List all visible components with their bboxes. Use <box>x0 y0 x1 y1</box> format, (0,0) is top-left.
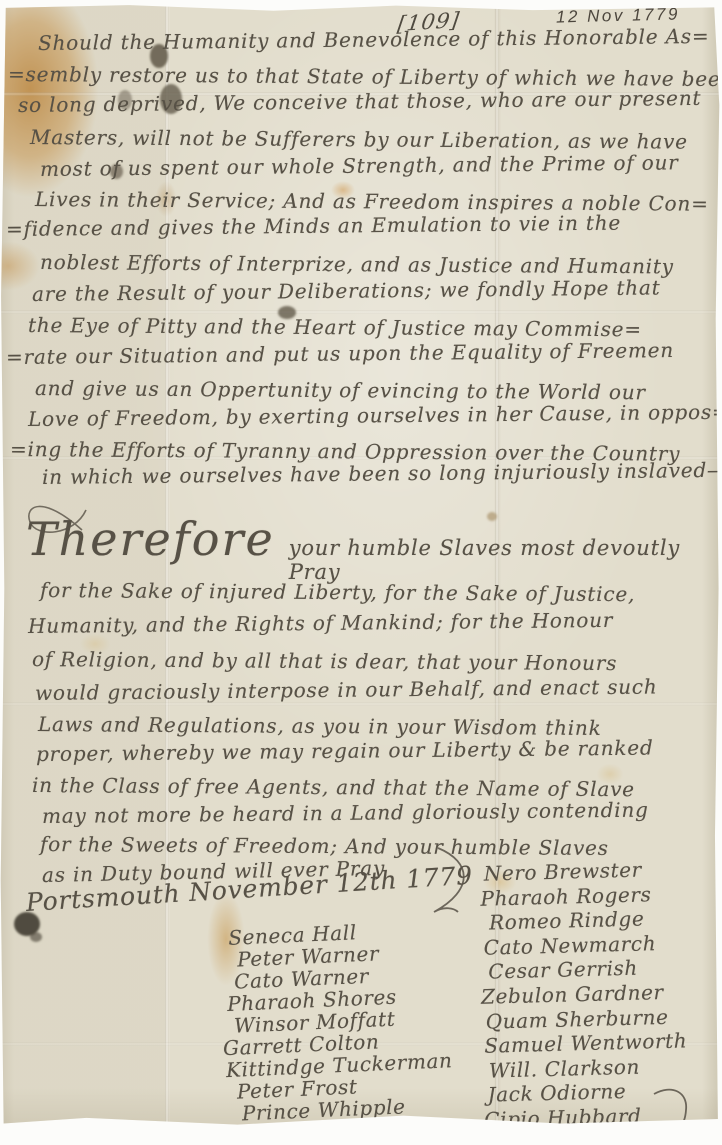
manuscript-line: of Religion, and by all that is dear, th… <box>32 647 617 675</box>
manuscript-page: [109] 12 Nov 1779 Should the Humanity an… <box>0 4 720 1128</box>
manuscript-line: are the Result of your Deliberations; we… <box>32 275 661 306</box>
manuscript-line: in which we ourselves have been so long … <box>42 458 722 489</box>
therefore-line-rest: your humble Slaves most devoutly Pray <box>289 536 720 584</box>
manuscript-line: Love of Freedom, by exerting ourselves i… <box>28 400 722 431</box>
manuscript-line: Laws and Regulations, as you in your Wis… <box>38 712 602 740</box>
manuscript-line: the Eye of Pitty and the Heart of Justic… <box>28 313 642 341</box>
manuscript-line: Humanity, and the Rights of Mankind; for… <box>28 608 613 638</box>
manuscript-line: =rate our Situation and put us upon the … <box>6 338 674 369</box>
manuscript-line: would graciously interpose in our Behalf… <box>35 674 658 705</box>
manuscript-line: Masters, will not be Sufferers by our Li… <box>30 125 688 154</box>
signature-column-left: Seneca Hall Peter Warner Cato Warner Pha… <box>228 917 455 1124</box>
manuscript-line: Should the Humanity and Benevolence of t… <box>38 24 710 55</box>
manuscript-line: for the Sweets of Freedom; And your humb… <box>40 832 609 860</box>
manuscript-line: noblest Efforts of Interprize, and as Ju… <box>40 250 674 278</box>
manuscript-line: for the Sake of injured Liberty, for the… <box>40 578 635 606</box>
manuscript-line: in the Class of free Agents, and that th… <box>32 773 635 801</box>
ink-blot <box>30 932 42 942</box>
manuscript-line: most of us spent our whole Strength, and… <box>40 150 679 181</box>
signature: Cipio Hubbard <box>484 1102 690 1132</box>
therefore-word: Therefore <box>26 512 275 566</box>
manuscript-line: proper, whereby we may regain our Libert… <box>36 736 654 766</box>
therefore-opening: Therefore your humble Slaves most devout… <box>26 512 720 584</box>
signature-column-right: Nero Brewster Pharaoh Rogers Romeo Rindg… <box>483 856 689 1132</box>
manuscript-line: =fidence and gives the Minds an Emulatio… <box>6 211 621 241</box>
manuscript-line: and give us an Oppertunity of evincing t… <box>35 376 646 404</box>
scan-background: [109] 12 Nov 1779 Should the Humanity an… <box>0 0 722 1145</box>
manuscript-line: may not more be heard in a Land glorious… <box>42 798 649 828</box>
